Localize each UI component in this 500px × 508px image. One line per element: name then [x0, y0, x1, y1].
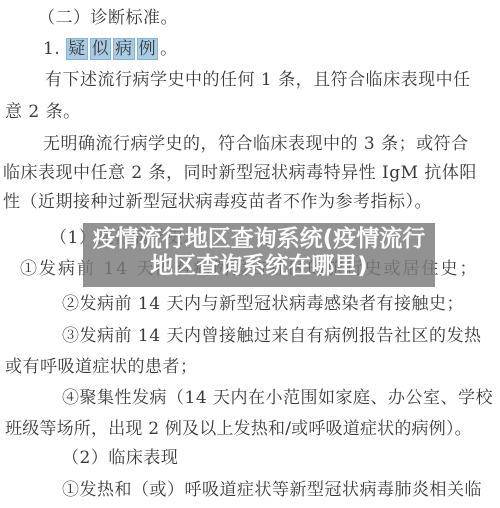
paragraph-epi-any-line1: 有下述流行病学史中的任何 1 条，且符合临床表现中任	[45, 68, 471, 92]
section-heading: （二）诊断标准。	[38, 6, 178, 30]
highlighted-term: 疑似病例	[66, 39, 160, 59]
document-page: （二）诊断标准。 1. 疑似病例。 有下述流行病学史中的任何 1 条，且符合临床…	[0, 0, 500, 508]
paragraph-epi-any-line2: 意 2 条。	[5, 100, 81, 124]
paragraph-no-epi-line2: 临床表现中任意 2 条，同时新型冠状病毒特异性 IgM 抗体阳	[3, 161, 477, 185]
epi-item-3-line2: 或有呼吸道症状的患者；	[5, 355, 198, 379]
overlay-title-text: 疫情流行地区查询系统(疫情流行地区查询系统在哪里)	[83, 223, 435, 280]
subheading-clinical: （2）临床表现	[62, 446, 178, 470]
epi-item-3-line1: ③发病前 14 天内曾接触过来自有病例报告社区的发热	[62, 324, 481, 348]
epi-item-4-line1: ④聚集性发病（14 天内在小范围如家庭、办公室、学校	[62, 386, 493, 410]
suspected-case-line: 1. 疑似病例。	[43, 37, 178, 61]
epi-item-2: ②发病前 14 天内与新型冠状病毒感染者有接触史；	[62, 292, 464, 316]
suspected-case-period: 。	[160, 39, 178, 59]
suspected-case-number: 1.	[43, 39, 66, 59]
overlay-title-banner: 疫情流行地区查询系统(疫情流行地区查询系统在哪里)	[83, 223, 435, 287]
clinical-item-1: ①发热和（或）呼吸道症状等新型冠状病毒肺炎相关临	[62, 478, 482, 502]
paragraph-no-epi-line1: 无明确流行病学史的，符合临床表现中的 3 条；或符合	[43, 132, 469, 156]
paragraph-no-epi-line3: 性（近期接种过新型冠状病毒疫苗者不作为参考指标）。	[3, 190, 432, 214]
epi-item-4-line2: 班级等场所，出现 2 例及以上发热和/或呼吸道症状的病例）。	[5, 417, 472, 441]
